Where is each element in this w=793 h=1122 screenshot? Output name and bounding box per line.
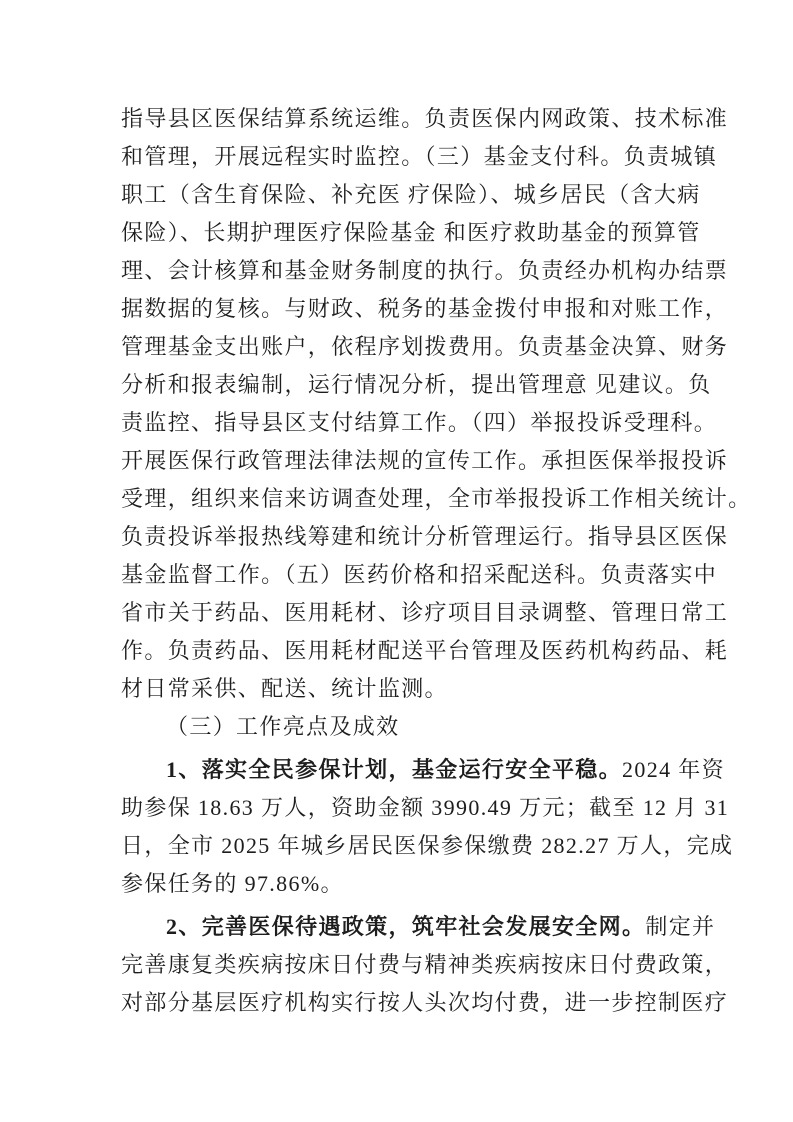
text-run: 制定并: [645, 914, 715, 939]
text-line: （三）工作亮点及成效: [121, 708, 685, 746]
text-line: 指导县区医保结算系统运维。负责医保内网政策、技术标准: [121, 100, 685, 138]
text-line: 材日常采供、配送、统计监测。: [121, 670, 685, 708]
text-run: 助参保 18.63 万人，资助金额 3990.49 万元；截至 12 月 31: [121, 795, 729, 820]
text-run: 管理基金支出账户，依程序划拨费用。负责基金决算、财务: [121, 334, 728, 359]
text-line: 作。负责药品、医用耗材配送平台管理及医药机构药品、耗: [121, 632, 685, 670]
text-line: 管理基金支出账户，依程序划拨费用。负责基金决算、财务: [121, 328, 685, 366]
text-line: 责监控、指导县区支付结算工作。（四）举报投诉受理科。: [121, 404, 685, 442]
text-run: 日，全市 2025 年城乡居民医保参保缴费 282.27 万人，完成: [121, 833, 733, 858]
bold-text-run: 1、落实全民参保计划，基金运行安全平稳。: [166, 757, 622, 782]
text-run: 完善康复类疾病按床日付费与精神类疾病按床日付费政策，: [121, 952, 728, 977]
text-line: 省市关于药品、医用耗材、诊疗项目目录调整、管理日常工: [121, 594, 685, 632]
text-line: 对部分基层医疗机构实行按人头次均付费，进一步控制医疗: [121, 984, 685, 1022]
text-run: 2024 年资: [622, 757, 725, 782]
text-line: 日，全市 2025 年城乡居民医保参保缴费 282.27 万人，完成: [121, 827, 685, 865]
text-run: 责监控、指导县区支付结算工作。（四）举报投诉受理科。: [121, 410, 717, 435]
text-run: 保险）、长期护理医疗保险基金 和医疗救助基金的预算管: [121, 220, 701, 245]
text-line: 完善康复类疾病按床日付费与精神类疾病按床日付费政策，: [121, 946, 685, 984]
document-page: 指导县区医保结算系统运维。负责医保内网政策、技术标准和管理，开展远程实时监控。（…: [0, 0, 793, 1122]
text-run: （三）工作亮点及成效: [166, 714, 400, 739]
text-line: 理、会计核算和基金财务制度的执行。负责经办机构办结票: [121, 252, 685, 290]
text-run: 分析和报表编制，运行情况分析，提出管理意 见建议。负: [121, 372, 712, 397]
text-run: 省市关于药品、医用耗材、诊疗项目目录调整、管理日常工: [121, 600, 728, 625]
text-run: 负责投诉举报热线筹建和统计分析管理运行。指导县区医保: [121, 524, 728, 549]
text-run: 作。负责药品、医用耗材配送平台管理及医药机构药品、耗: [121, 638, 728, 663]
text-line: 据数据的复核。与财政、税务的基金拨付申报和对账工作，: [121, 290, 685, 328]
bold-text-run: 2、完善医保待遇政策，筑牢社会发展安全网。: [166, 914, 645, 939]
text-line: 负责投诉举报热线筹建和统计分析管理运行。指导县区医保: [121, 518, 685, 556]
text-run: 开展医保行政管理法律法规的宣传工作。承担医保举报投诉: [121, 448, 728, 473]
text-line: 开展医保行政管理法律法规的宣传工作。承担医保举报投诉: [121, 442, 685, 480]
text-run: 参保任务的 97.86%。: [121, 871, 344, 896]
text-line: 保险）、长期护理医疗保险基金 和医疗救助基金的预算管: [121, 214, 685, 252]
text-run: 对部分基层医疗机构实行按人头次均付费，进一步控制医疗: [121, 990, 728, 1015]
text-line: 受理，组织来信来访调查处理，全市举报投诉工作相关统计。: [121, 480, 685, 518]
text-run: 和管理，开展远程实时监控。（三）基金支付科。负责城镇: [121, 144, 717, 169]
text-run: 职工（含生育保险、补充医 疗保险）、城乡居民（含大病: [121, 182, 701, 207]
text-run: 受理，组织来信来访调查处理，全市举报投诉工作相关统计。: [121, 486, 751, 511]
text-line: 助参保 18.63 万人，资助金额 3990.49 万元；截至 12 月 31: [121, 789, 685, 827]
text-run: 理、会计核算和基金财务制度的执行。负责经办机构办结票: [121, 258, 728, 283]
text-line: 分析和报表编制，运行情况分析，提出管理意 见建议。负: [121, 366, 685, 404]
text-run: 指导县区医保结算系统运维。负责医保内网政策、技术标准: [121, 106, 728, 131]
page-text: 指导县区医保结算系统运维。负责医保内网政策、技术标准和管理，开展远程实时监控。（…: [121, 100, 685, 1022]
text-line: 基金监督工作。（五）医药价格和招采配送科。负责落实中: [121, 556, 685, 594]
text-line: 职工（含生育保险、补充医 疗保险）、城乡居民（含大病: [121, 176, 685, 214]
text-run: 材日常采供、配送、统计监测。: [121, 676, 448, 701]
text-line: 和管理，开展远程实时监控。（三）基金支付科。负责城镇: [121, 138, 685, 176]
text-run: 据数据的复核。与财政、税务的基金拨付申报和对账工作，: [121, 296, 728, 321]
text-line: 2、完善医保待遇政策，筑牢社会发展安全网。制定并: [121, 908, 685, 946]
text-line: 1、落实全民参保计划，基金运行安全平稳。2024 年资: [121, 751, 685, 789]
text-line: 参保任务的 97.86%。: [121, 865, 685, 903]
text-run: 基金监督工作。（五）医药价格和招采配送科。负责落实中: [121, 562, 717, 587]
